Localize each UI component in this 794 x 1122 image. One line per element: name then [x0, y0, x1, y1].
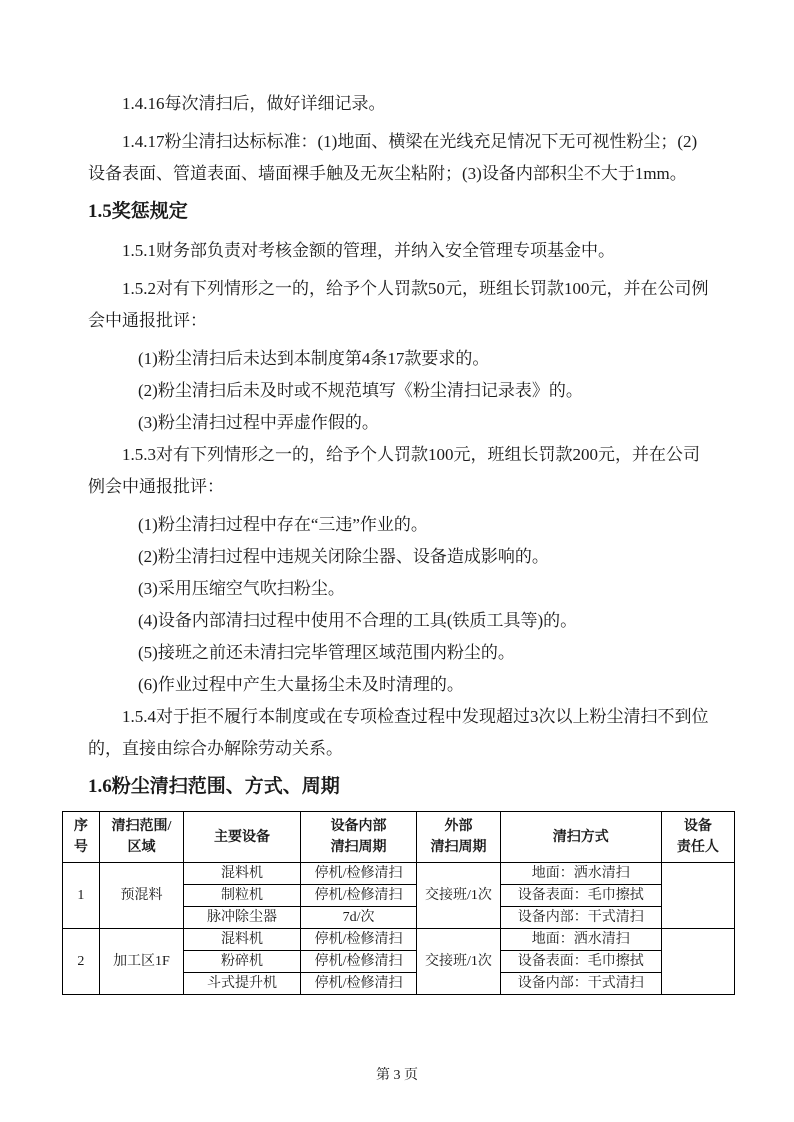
paragraph: 1.5.1财务部负责对考核金额的管理，并纳入安全管理专项基金中。	[88, 235, 711, 267]
method-cell: 设备表面：毛巾擦拭	[500, 885, 661, 907]
method-cell: 地面：洒水清扫	[500, 863, 661, 885]
method-cell: 设备内部：干式清扫	[500, 973, 661, 995]
internal-cycle-cell: 停机/检修清扫	[300, 863, 417, 885]
table-header-row: 序 号清扫范围/ 区域主要设备设备内部 清扫周期外部 清扫周期清扫方式设备 责任…	[63, 812, 735, 863]
page-number: 第 3 页	[376, 1068, 418, 1083]
list-item: (5)接班之前还未清扫完毕管理区域范围内粉尘的。	[138, 637, 735, 669]
page-footer: 第 3 页	[0, 1064, 794, 1084]
list-item: (3)粉尘清扫过程中弄虚作假的。	[138, 407, 735, 439]
external-cycle-cell: 交接班/1次	[417, 863, 500, 929]
document-page: 1.4.16每次清扫后，做好详细记录。1.4.17粉尘清扫达标标准：(1)地面、…	[0, 0, 794, 1122]
section-heading: 1.5奖惩规定	[88, 196, 735, 228]
column-header: 清扫范围/ 区域	[99, 812, 184, 863]
device-cell: 脉冲除尘器	[184, 907, 301, 929]
table-head: 序 号清扫范围/ 区域主要设备设备内部 清扫周期外部 清扫周期清扫方式设备 责任…	[63, 812, 735, 863]
list-item: (3)采用压缩空气吹扫粉尘。	[138, 573, 735, 605]
owner-cell	[661, 929, 734, 995]
list-item: (1)粉尘清扫后未达到本制度第4条17款要求的。	[138, 343, 735, 375]
list-item: (2)粉尘清扫后未及时或不规范填写《粉尘清扫记录表》的。	[138, 375, 735, 407]
internal-cycle-cell: 7d/次	[300, 907, 417, 929]
paragraph: 1.4.16每次清扫后，做好详细记录。	[88, 88, 711, 120]
area-cell: 加工区1F	[99, 929, 184, 995]
row-number-cell: 2	[63, 929, 100, 995]
paragraph: 1.5.3对有下列情形之一的，给予个人罚款100元，班组长罚款200元，并在公司…	[88, 439, 711, 503]
table-body: 1预混料混料机停机/检修清扫交接班/1次地面：洒水清扫制粒机停机/检修清扫设备表…	[63, 863, 735, 995]
list-item: (4)设备内部清扫过程中使用不合理的工具(铁质工具等)的。	[138, 605, 735, 637]
list-item: (1)粉尘清扫过程中存在“三违”作业的。	[138, 509, 735, 541]
column-header: 设备 责任人	[661, 812, 734, 863]
column-header: 序 号	[63, 812, 100, 863]
internal-cycle-cell: 停机/检修清扫	[300, 885, 417, 907]
section-heading: 1.6粉尘清扫范围、方式、周期	[88, 771, 735, 803]
document-content: 1.4.16每次清扫后，做好详细记录。1.4.17粉尘清扫达标标准：(1)地面、…	[62, 88, 735, 995]
list-item: (6)作业过程中产生大量扬尘未及时清理的。	[138, 669, 735, 701]
internal-cycle-cell: 停机/检修清扫	[300, 951, 417, 973]
document-blocks: 1.4.16每次清扫后，做好详细记录。1.4.17粉尘清扫达标标准：(1)地面、…	[62, 88, 735, 803]
device-cell: 混料机	[184, 929, 301, 951]
method-cell: 设备表面：毛巾擦拭	[500, 951, 661, 973]
internal-cycle-cell: 停机/检修清扫	[300, 929, 417, 951]
device-cell: 斗式提升机	[184, 973, 301, 995]
method-cell: 地面：洒水清扫	[500, 929, 661, 951]
method-cell: 设备内部：干式清扫	[500, 907, 661, 929]
device-cell: 制粒机	[184, 885, 301, 907]
area-cell: 预混料	[99, 863, 184, 929]
column-header: 主要设备	[184, 812, 301, 863]
column-header: 清扫方式	[500, 812, 661, 863]
column-header: 设备内部 清扫周期	[300, 812, 417, 863]
list-item: (2)粉尘清扫过程中违规关闭除尘器、设备造成影响的。	[138, 541, 735, 573]
paragraph: 1.5.4对于拒不履行本制度或在专项检查过程中发现超过3次以上粉尘清扫不到位的，…	[88, 701, 711, 765]
owner-cell	[661, 863, 734, 929]
paragraph: 1.5.2对有下列情形之一的，给予个人罚款50元，班组长罚款100元，并在公司例…	[88, 273, 711, 337]
device-cell: 粉碎机	[184, 951, 301, 973]
table-row: 2加工区1F混料机停机/检修清扫交接班/1次地面：洒水清扫	[63, 929, 735, 951]
column-header: 外部 清扫周期	[417, 812, 500, 863]
table-row: 1预混料混料机停机/检修清扫交接班/1次地面：洒水清扫	[63, 863, 735, 885]
internal-cycle-cell: 停机/检修清扫	[300, 973, 417, 995]
paragraph: 1.4.17粉尘清扫达标标准：(1)地面、横梁在光线充足情况下无可视性粉尘；(2…	[88, 126, 711, 190]
cleaning-schedule-table: 序 号清扫范围/ 区域主要设备设备内部 清扫周期外部 清扫周期清扫方式设备 责任…	[62, 811, 735, 995]
row-number-cell: 1	[63, 863, 100, 929]
device-cell: 混料机	[184, 863, 301, 885]
external-cycle-cell: 交接班/1次	[417, 929, 500, 995]
